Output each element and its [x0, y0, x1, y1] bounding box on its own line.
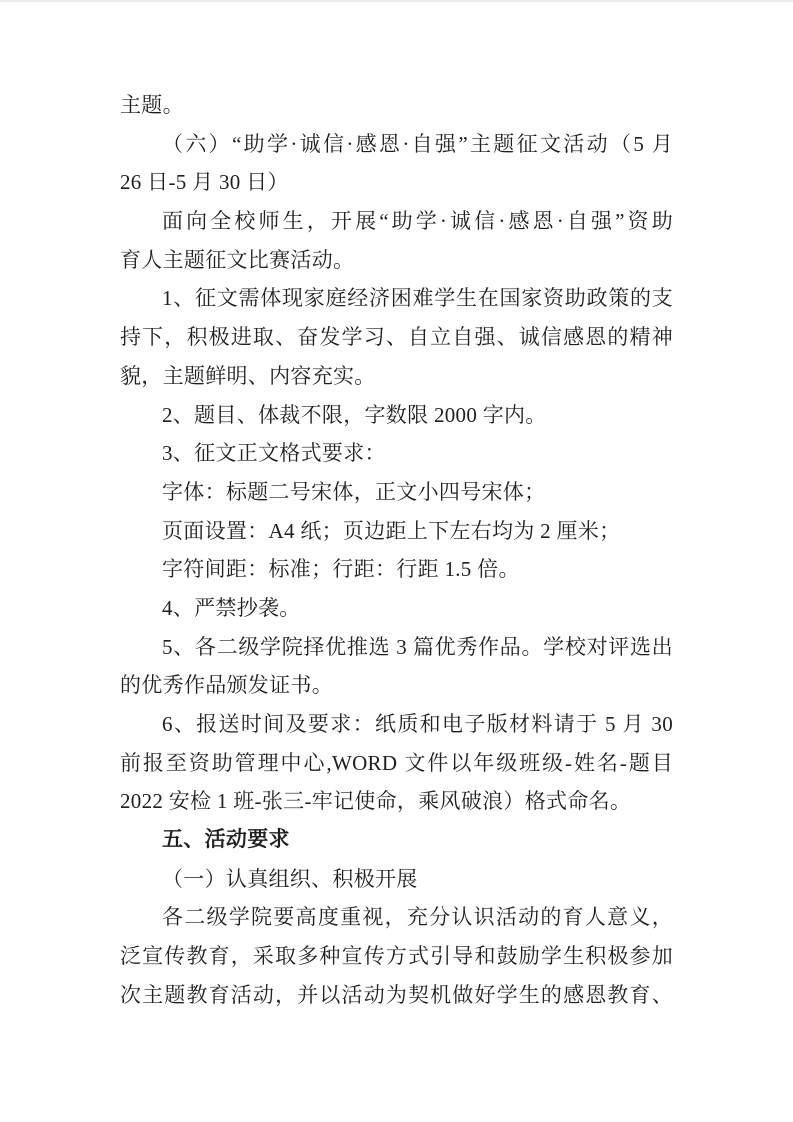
text-line: 5、各二级学院择优推选 3 篇优秀作品。学校对评选出	[120, 628, 673, 667]
text-line: 泛宣传教育，采取多种宣传方式引导和鼓励学生积极参加此	[120, 937, 673, 976]
text-line: 面向全校师生，开展“助学·诚信·感恩·自强”资助	[120, 202, 673, 241]
text-line: 主题。	[120, 86, 673, 125]
text-line: 前报至资助管理中心,WORD 文件以年级班级-姓名-题目（如	[120, 744, 673, 783]
text-line: 貌，主题鲜明、内容充实。	[120, 357, 673, 396]
text-line: 持下，积极进取、奋发学习、自立自强、诚信感恩的精神面	[120, 318, 673, 357]
text-line: （六）“助学·诚信·感恩·自强”主题征文活动（5 月	[120, 125, 673, 164]
text-line: 4、严禁抄袭。	[120, 589, 673, 628]
section-heading: 五、活动要求	[120, 821, 673, 860]
text-line: 字符间距：标准；行距：行距 1.5 倍。	[120, 550, 673, 589]
document-body: 主题。（六）“助学·诚信·感恩·自强”主题征文活动（5 月26 日-5 月 30…	[0, 2, 793, 1015]
text-line: 2、题目、体裁不限，字数限 2000 字内。	[120, 396, 673, 435]
text-line: 6、报送时间及要求：纸质和电子版材料请于 5 月 30 日	[120, 705, 673, 744]
text-line: 字体：标题二号宋体，正文小四号宋体；	[120, 473, 673, 512]
text-line: 1、征文需体现家庭经济困难学生在国家资助政策的支	[120, 279, 673, 318]
text-line: 2022 安检 1 班-张三-牢记使命，乘风破浪）格式命名。	[120, 782, 673, 821]
text-line: 页面设置：A4 纸；页边距上下左右均为 2 厘米；	[120, 512, 673, 551]
text-line: （一）认真组织、积极开展	[120, 860, 673, 899]
text-line: 次主题教育活动，并以活动为契机做好学生的感恩教育、诚	[120, 976, 673, 1015]
text-line: 3、征文正文格式要求：	[120, 434, 673, 473]
text-line: 的优秀作品颁发证书。	[120, 666, 673, 705]
document-page: 主题。（六）“助学·诚信·感恩·自强”主题征文活动（5 月26 日-5 月 30…	[0, 0, 793, 1122]
text-line: 各二级学院要高度重视，充分认识活动的育人意义，广	[120, 898, 673, 937]
text-line: 26 日-5 月 30 日）	[120, 163, 673, 202]
text-line: 育人主题征文比赛活动。	[120, 241, 673, 280]
